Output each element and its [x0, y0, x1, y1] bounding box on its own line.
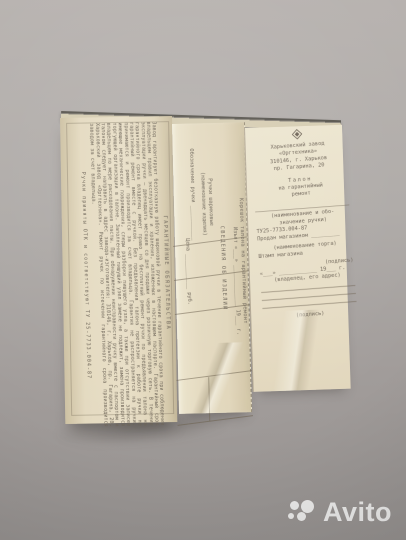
photo-background: ГАРАНТИЙНЫЕ ОБЯЗАТЕЛЬСТВА Завод гарантир…: [0, 0, 406, 540]
avito-watermark: Avito: [288, 497, 392, 528]
avito-wordmark: Avito: [323, 497, 392, 528]
panel-warranty-coupon: Харьковский завод «Оргтехника» 310146, г…: [244, 125, 351, 392]
avito-logo-icon: [288, 499, 320, 527]
avito-logo-dot: [301, 500, 314, 513]
product-info-text-block: Корешок талона на гарантийный ремонт Изъ…: [172, 124, 252, 413]
avito-logo-dot: [290, 501, 299, 510]
panel-product-info: Корешок талона на гарантийный ремонт Изъ…: [172, 122, 252, 414]
avito-logo-dot: [297, 512, 306, 521]
avito-logo-dot: [288, 513, 294, 519]
guarantee-text-block: ГАРАНТИЙНЫЕ ОБЯЗАТЕЛЬСТВА Завод гарантир…: [63, 121, 178, 428]
warranty-document: ГАРАНТИЙНЫЕ ОБЯЗАТЕЛЬСТВА Завод гарантир…: [60, 114, 342, 444]
guarantee-body-text: Завод гарантирует безотказную работу шар…: [89, 121, 166, 427]
coupon-text-block: Харьковский завод «Оргтехника» 310146, г…: [249, 125, 363, 395]
panel-guarantee-obligations: ГАРАНТИЙНЫЕ ОБЯЗАТЕЛЬСТВА Завод гарантир…: [60, 116, 177, 424]
